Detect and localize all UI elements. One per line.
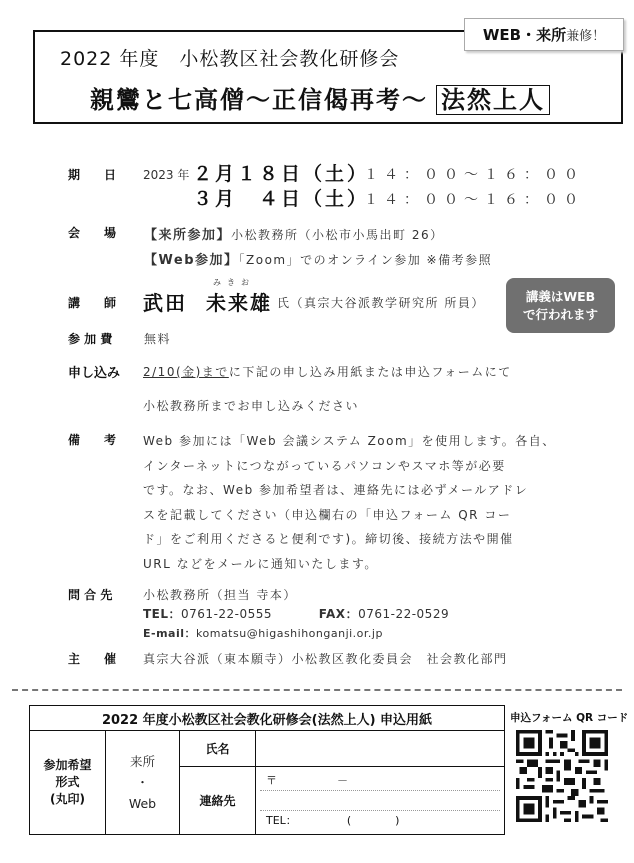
phone-line[interactable]: TEL：( ) bbox=[260, 811, 500, 830]
address-line[interactable] bbox=[260, 791, 500, 811]
time-first: １４：００～１６：００ bbox=[364, 164, 584, 184]
notes-line: ド」をご利用くださると便利です)。締切後、接続方法や開催 bbox=[143, 527, 556, 552]
affiliation: （真宗大谷派教学研究所 所員） bbox=[291, 296, 485, 310]
apply-label: 申し込み bbox=[68, 362, 120, 381]
qr-code-icon[interactable] bbox=[516, 730, 608, 822]
web-badge-line1: 講義はWEB bbox=[506, 288, 615, 306]
venue-onsite: 【来所参加】小松教務所（小松市小馬出町 26） bbox=[144, 224, 444, 243]
application-form-table: 2022 年度小松教区社会教化研修会(法然上人) 申込用紙 参加希望 形式 (丸… bbox=[29, 705, 505, 835]
date-first: ２月１８日（土） bbox=[193, 159, 369, 186]
notes-label: 備 考 bbox=[68, 431, 116, 448]
apply-line1-rest: に下記の申し込み用紙または申込フォームにて bbox=[229, 365, 512, 379]
participation-label-line: 形式 bbox=[30, 774, 105, 791]
web-onsite-badge: WEB・来所兼修！ bbox=[464, 18, 624, 51]
event-series-title: 2022 年度 小松教区社会教化研修会 bbox=[60, 44, 399, 71]
contact-label: 問 合 先 bbox=[68, 586, 112, 603]
qr-code-label: 申込フォーム QR コード bbox=[510, 710, 628, 725]
notes-body: Web 参加には「Web 会議システム Zoom」を使用します。各自、 インター… bbox=[143, 429, 556, 576]
lecturer-label: 講 師 bbox=[68, 294, 116, 311]
web-tag: 【Web参加】 bbox=[144, 253, 239, 268]
participation-options[interactable]: 来所 ・ Web bbox=[106, 731, 180, 835]
postal-mark: 〒 bbox=[266, 774, 277, 787]
main-title-boxed: 法然上人 bbox=[436, 85, 550, 115]
participation-label-line: (丸印) bbox=[30, 791, 105, 808]
fax-label: FAX： bbox=[319, 607, 358, 621]
main-title-text: 親鸞と七高僧～正信偈再考～ bbox=[90, 86, 428, 114]
name-field[interactable] bbox=[256, 731, 505, 767]
venue-web: 【Web参加】「Zoom」でのオンライン参加 ※備考参照 bbox=[144, 249, 492, 268]
option-web[interactable]: Web bbox=[106, 793, 179, 814]
fee-label: 参 加 費 bbox=[68, 330, 112, 347]
host-label: 主 催 bbox=[68, 650, 116, 667]
host-value: 真宗大谷派（東本願寺）小松教区教化委員会 社会教化部門 bbox=[143, 650, 508, 667]
date-year: 2023 年 bbox=[143, 166, 189, 183]
contact-address-field[interactable]: 〒－ TEL：( ) bbox=[256, 767, 505, 835]
contact-email-row: E-mail：komatsu@higashihonganji.or.jp bbox=[143, 625, 383, 641]
tel-parens: ( ) bbox=[347, 814, 400, 827]
notes-line: インターネットにつながっているパソコンやスマホ等が必要 bbox=[143, 454, 556, 479]
web-badge-line2: で行われます bbox=[506, 306, 615, 324]
date-label: 期 日 bbox=[68, 166, 116, 183]
notes-line: です。なお、Web 参加希望者は、連絡先には必ずメールアドレ bbox=[143, 478, 556, 503]
tel-value: 0761-22-0555 bbox=[181, 607, 272, 621]
date-second: ３月 ４日（土） bbox=[193, 184, 369, 211]
participation-label-line: 参加希望 bbox=[30, 757, 105, 774]
event-main-title: 親鸞と七高僧～正信偈再考～法然上人 bbox=[90, 80, 550, 115]
participation-type-label: 参加希望 形式 (丸印) bbox=[30, 731, 106, 835]
lecture-web-badge: 講義はWEB で行われます bbox=[506, 278, 615, 333]
option-onsite[interactable]: 来所 bbox=[106, 751, 179, 772]
badge-main-text: WEB・来所 bbox=[483, 24, 566, 45]
cut-line-divider bbox=[12, 689, 622, 691]
form-tel-label: TEL： bbox=[266, 814, 297, 827]
venue-label: 会 場 bbox=[68, 224, 116, 241]
lecturer-surname: 武田 bbox=[143, 287, 187, 316]
badge-suffix-text: 兼修！ bbox=[566, 25, 605, 44]
onsite-tag: 【来所参加】 bbox=[144, 228, 231, 243]
lecturer-given-name: 未来雄 bbox=[206, 287, 272, 316]
contact-address-label: 連絡先 bbox=[180, 767, 256, 835]
lecturer-affiliation: 氏（真宗大谷派教学研究所 所員） bbox=[277, 294, 485, 311]
postal-code-line[interactable]: 〒－ bbox=[260, 771, 500, 791]
notes-line: URL などをメールに通知いたします。 bbox=[143, 552, 556, 577]
web-text: 「Zoom」でのオンライン参加 ※備考参照 bbox=[239, 253, 493, 267]
fee-value: 無料 bbox=[144, 330, 171, 347]
option-separator: ・ bbox=[106, 772, 179, 793]
email-value[interactable]: komatsu@higashihonganji.or.jp bbox=[196, 627, 383, 640]
time-second: １４：００～１６：００ bbox=[364, 189, 584, 209]
notes-line: スを記載してください（申込欄右の「申込フォーム QR コー bbox=[143, 503, 556, 528]
apply-line1: 2/10(金)までに下記の申し込み用紙または申込フォームにて bbox=[143, 363, 512, 380]
fax-value: 0761-22-0529 bbox=[358, 607, 449, 621]
notes-line: Web 参加には「Web 会議システム Zoom」を使用します。各自、 bbox=[143, 429, 556, 454]
tel-label: TEL： bbox=[143, 607, 181, 621]
apply-deadline: 2/10(金)まで bbox=[143, 365, 229, 379]
email-label: E-mail： bbox=[143, 627, 196, 640]
name-label: 氏名 bbox=[180, 731, 256, 767]
postal-dash: － bbox=[337, 774, 348, 787]
contact-phone-row: TEL：0761-22-0555 FAX：0761-22-0529 bbox=[143, 605, 449, 622]
apply-line2: 小松教務所までお申し込みください bbox=[143, 397, 359, 414]
form-title: 2022 年度小松教区社会教化研修会(法然上人) 申込用紙 bbox=[30, 706, 505, 731]
onsite-text: 小松教務所（小松市小馬出町 26） bbox=[231, 228, 444, 242]
honorific: 氏 bbox=[277, 296, 291, 310]
contact-office: 小松教務所（担当 寺本） bbox=[143, 586, 297, 603]
